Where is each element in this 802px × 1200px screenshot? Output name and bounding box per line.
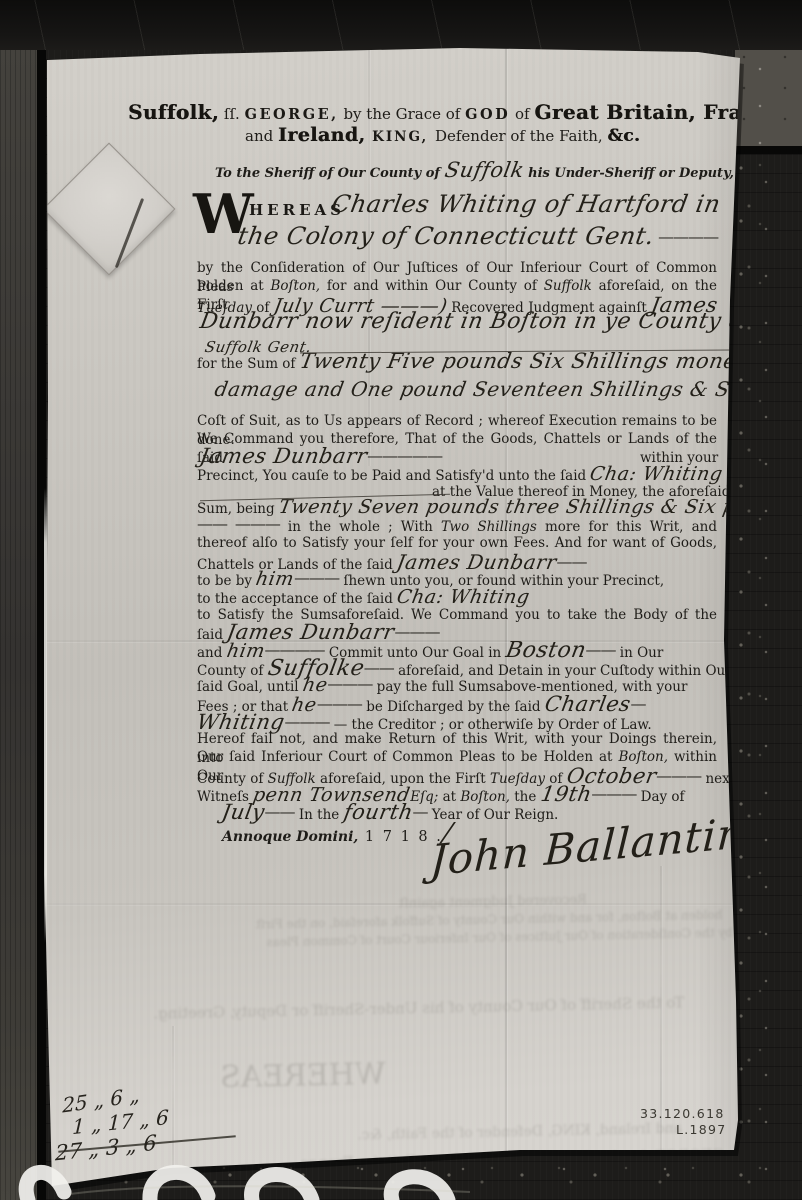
body-12: thereof alſo to Satisfy your ſelf for yo… (197, 532, 717, 551)
text-segment: of (510, 105, 534, 123)
ms-plaintiff-1: Charles Whiting of Hartford in (332, 190, 720, 219)
text-segment: —— (751, 311, 781, 330)
text-segment: ———— (654, 227, 718, 246)
text-segment: Day of (636, 789, 684, 805)
top-wood-band (0, 0, 802, 50)
salutation-line: To the Sheriff of Our County of Suffolk … (215, 158, 802, 183)
text-segment: ——— (591, 784, 636, 803)
bleedthrough-line: To the Sheriff of Our County of his Unde… (153, 993, 684, 1022)
text-segment: &c. (607, 126, 640, 146)
text-segment: GEORGE, (245, 106, 339, 123)
wafer-seal (43, 143, 176, 276)
text-segment: To the Sheriff of Our County of (215, 166, 445, 181)
text-segment: for the Sum of (197, 356, 300, 372)
text-segment: Suffolk (544, 278, 592, 294)
text-segment: Ireland, (278, 124, 365, 146)
bleedthrough-line: Recovered Judgment againſt (399, 892, 588, 911)
left-wood-plank (0, 0, 40, 1200)
chalk-marks-on-wood (0, 1142, 540, 1200)
text-segment: ——— (327, 674, 372, 693)
text-segment: holden at (197, 278, 270, 294)
paper-edge-highlight (44, 488, 47, 943)
writ-document-paper: Suffolk, ſſ. GEORGE, by the Grace of GOD… (42, 46, 742, 1196)
text-segment: next. (701, 771, 739, 787)
ms-defendant-1: Dunbarr now reſident in Boſton in ye Cou… (200, 309, 781, 335)
text-segment: ſſ. (219, 105, 244, 123)
text-segment: Annoque Domini, (222, 829, 358, 845)
text-segment: Suffolk, (128, 100, 219, 124)
bleedthrough-line: WHEREAS (220, 1057, 386, 1095)
body-4: for the Sum of Twenty Five pounds Six Sh… (197, 349, 748, 374)
text-segment: KING, (365, 129, 435, 145)
ms-plaintiff-2: the Colony of Connecticutt Gent. ———— (238, 222, 718, 251)
dateline: Annoque Domini, 1 7 1 8 . / (222, 818, 452, 849)
text-segment: Defender of the Faith, (435, 127, 607, 145)
right-plank-seam (734, 146, 802, 154)
text-segment: Boſton, (270, 278, 320, 294)
text-segment: and (245, 127, 278, 145)
text-segment: Cler (770, 827, 802, 850)
text-segment: damage and One pound Seventeen Shillings… (213, 377, 802, 401)
accession-number: 33.120.618 (640, 1106, 725, 1121)
text-segment: Boſton, (618, 749, 668, 765)
text-segment: his Under-Sheriff or Deputy, Greeting. (524, 166, 802, 181)
photograph-of-writ: Suffolk, ſſ. GEORGE, by the Grace of GOD… (0, 0, 802, 1200)
text-segment: for and within Our County of (320, 278, 544, 294)
text-segment: Our ſaid Inferiour Court of Common Pleas… (197, 749, 618, 765)
text-segment: —— ——— (197, 514, 288, 533)
text-segment: — (783, 496, 798, 515)
text-segment: ——— (294, 568, 339, 587)
text-segment: Suffolk (442, 158, 525, 183)
loan-number: L.1897 (676, 1122, 727, 1137)
header-line-2: and Ireland, KING, Defender of the Faith… (245, 124, 640, 147)
text-segment: Dunbarr now reſident in Boſton in ye Cou… (198, 309, 754, 335)
ms-damages: damage and One pound Seventeen Shillings… (215, 377, 802, 401)
text-segment: the Colony of Connecticutt Gent. (235, 222, 656, 251)
header-line-1: Suffolk, ſſ. GEORGE, by the Grace of GOD… (128, 100, 782, 124)
text-segment: thereof alſo to Satisfy your ſelf for yo… (197, 535, 717, 551)
text-segment: by the Grace of (339, 105, 465, 123)
text-segment: GOD (465, 106, 510, 123)
bleedthrough-line: and Ireland, KING, Defender of the Faith… (357, 1121, 682, 1144)
right-wood-light-patch (735, 50, 802, 146)
text-segment: Charles Whiting of Hartford in (329, 190, 722, 219)
